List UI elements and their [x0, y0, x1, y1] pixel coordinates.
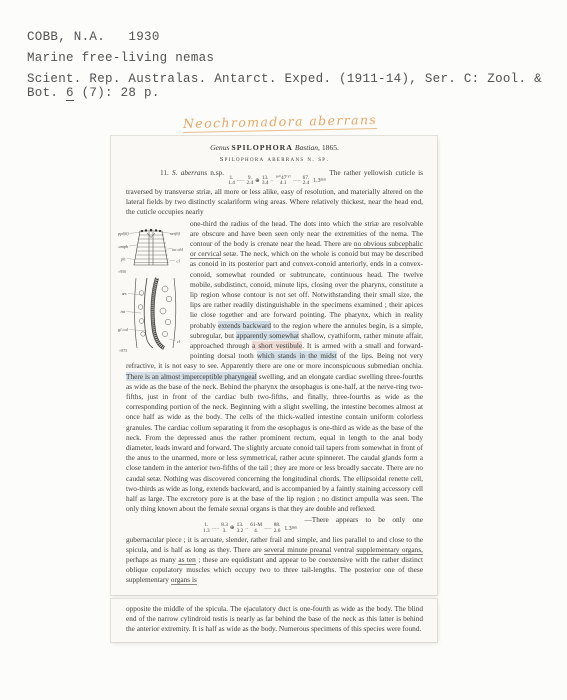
- description-paragraph-2: ppl(6) set(6) amph on chl ph cl ×950: [126, 219, 423, 515]
- figure-label-cuticle-bottom: cl: [177, 339, 181, 344]
- figure-label-papillae: ppl(6): [117, 231, 129, 236]
- typed-header: COBB, N.A. 1930 Marine free-living nemas…: [27, 31, 542, 102]
- figure-label-onchium: on chl: [172, 247, 184, 252]
- genus-year: 1865.: [320, 143, 339, 152]
- figure-magnification-top: ×950: [118, 269, 126, 274]
- bottom-clipping: opposite the middle of the spicula. The …: [111, 599, 437, 643]
- catalogue-card: COBB, N.A. 1930 Marine free-living nemas…: [0, 0, 567, 700]
- main-clipping: Genus SPILOPHORA Bastian, 1865. Spilopho…: [111, 136, 437, 595]
- genus-name: SPILOPHORA: [231, 143, 293, 152]
- description-paragraph-4: opposite the middle of the spicula. The …: [126, 604, 423, 635]
- author-year-line: COBB, N.A. 1930: [27, 31, 542, 44]
- pasted-clippings: Genus SPILOPHORA Bastian, 1865. Spilopho…: [111, 136, 437, 642]
- genus-heading: Genus SPILOPHORA Bastian, 1865.: [126, 144, 423, 153]
- figure-label-oesophagus: œs: [122, 291, 127, 296]
- figure-label-gland-cell: gl cul: [118, 327, 129, 332]
- nematode-figure: ppl(6) set(6) amph on chl ph cl ×950: [117, 221, 185, 354]
- figure-label-intestine: int: [121, 309, 126, 314]
- figure-label-setae: set(6): [170, 231, 181, 236]
- genus-author: Bastian,: [293, 143, 320, 152]
- genus-word: Genus: [210, 143, 231, 152]
- figure-magnification-bottom: ×875: [119, 348, 127, 353]
- reference-line-2: Bot. 6 (7): 28 p.: [27, 87, 542, 100]
- figure-label-pharynx: ph: [120, 256, 126, 261]
- species-heading: Spilophora aberrans n. sp.: [126, 156, 423, 163]
- description-paragraph-1: 11. S. aberrans n.sp. 1.1.4-----9.2.4⊕13…: [126, 168, 423, 218]
- lip-dots: [141, 228, 161, 231]
- figure-label-amphid: amph: [119, 244, 130, 249]
- reference-line-1: Scient. Rep. Australas. Antarct. Exped. …: [27, 73, 542, 86]
- handwritten-species-annotation: Neochromadora aberrans: [183, 112, 377, 133]
- description-paragraph-3: 1.1.3-----8.33.⊕13.3.2--61-M4.-----88.2.…: [126, 515, 423, 585]
- figure-label-cuticle-top: cl: [177, 258, 181, 263]
- title-line: Marine free-living nemas: [27, 52, 542, 65]
- ref-prefix: Bot.: [27, 86, 66, 100]
- ref-suffix: (7): 28 p.: [74, 86, 160, 100]
- volume-number: 6: [66, 86, 74, 101]
- nematode-head-drawing: ppl(6) set(6) amph on chl ph cl ×950: [117, 221, 185, 354]
